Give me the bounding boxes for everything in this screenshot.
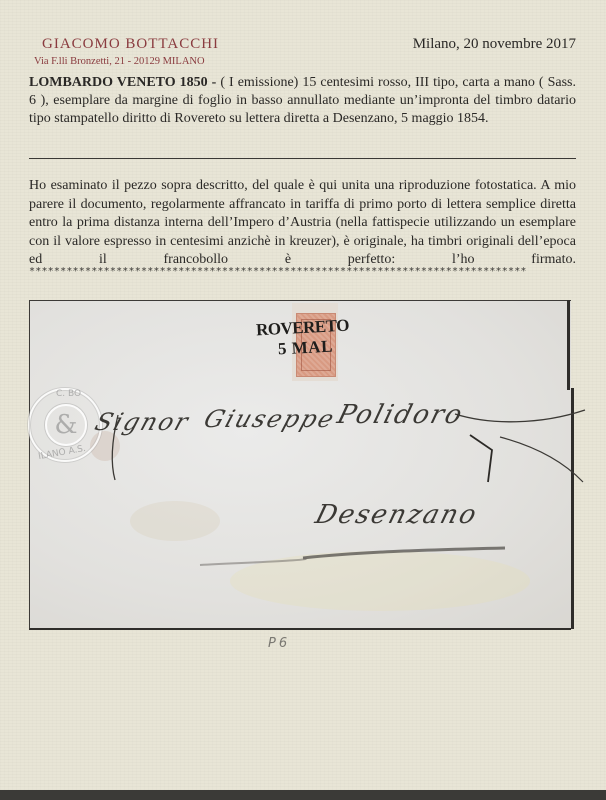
address-last-name: Polidoro bbox=[334, 400, 467, 430]
address-city: Desenzano bbox=[312, 500, 481, 530]
divider-line bbox=[29, 158, 576, 159]
address-title: Signor bbox=[91, 408, 193, 436]
place-date: Milano, 20 novembre 2017 bbox=[413, 36, 576, 53]
expert-opinion: Ho esaminato il pezzo sopra descritto, d… bbox=[29, 177, 576, 270]
company-address: Via F.lli Bronzetti, 21 - 20129 MILANO bbox=[34, 56, 205, 67]
seal-monogram: & bbox=[45, 404, 87, 446]
postmark-date: 5 MAL bbox=[278, 337, 334, 360]
scan-edge bbox=[0, 790, 606, 800]
item-description-lead: LOMBARDO VENETO 1850 - bbox=[29, 75, 216, 90]
address-first-name: Giuseppe bbox=[200, 405, 339, 433]
item-description: LOMBARDO VENETO 1850 - ( I emissione) 15… bbox=[29, 74, 576, 128]
letter-edge bbox=[567, 300, 570, 390]
paper-stain bbox=[130, 501, 220, 541]
star-separator: ****************************************… bbox=[29, 266, 576, 277]
paper-stain bbox=[230, 551, 530, 611]
company-name: GIACOMO BOTTACCHI bbox=[42, 36, 219, 53]
pencil-note: P6 bbox=[268, 636, 290, 651]
embossed-seal: & C. BO ILANO A.S. bbox=[28, 388, 102, 462]
letter-edge bbox=[571, 388, 574, 629]
seal-top-text: C. BO bbox=[56, 389, 81, 399]
